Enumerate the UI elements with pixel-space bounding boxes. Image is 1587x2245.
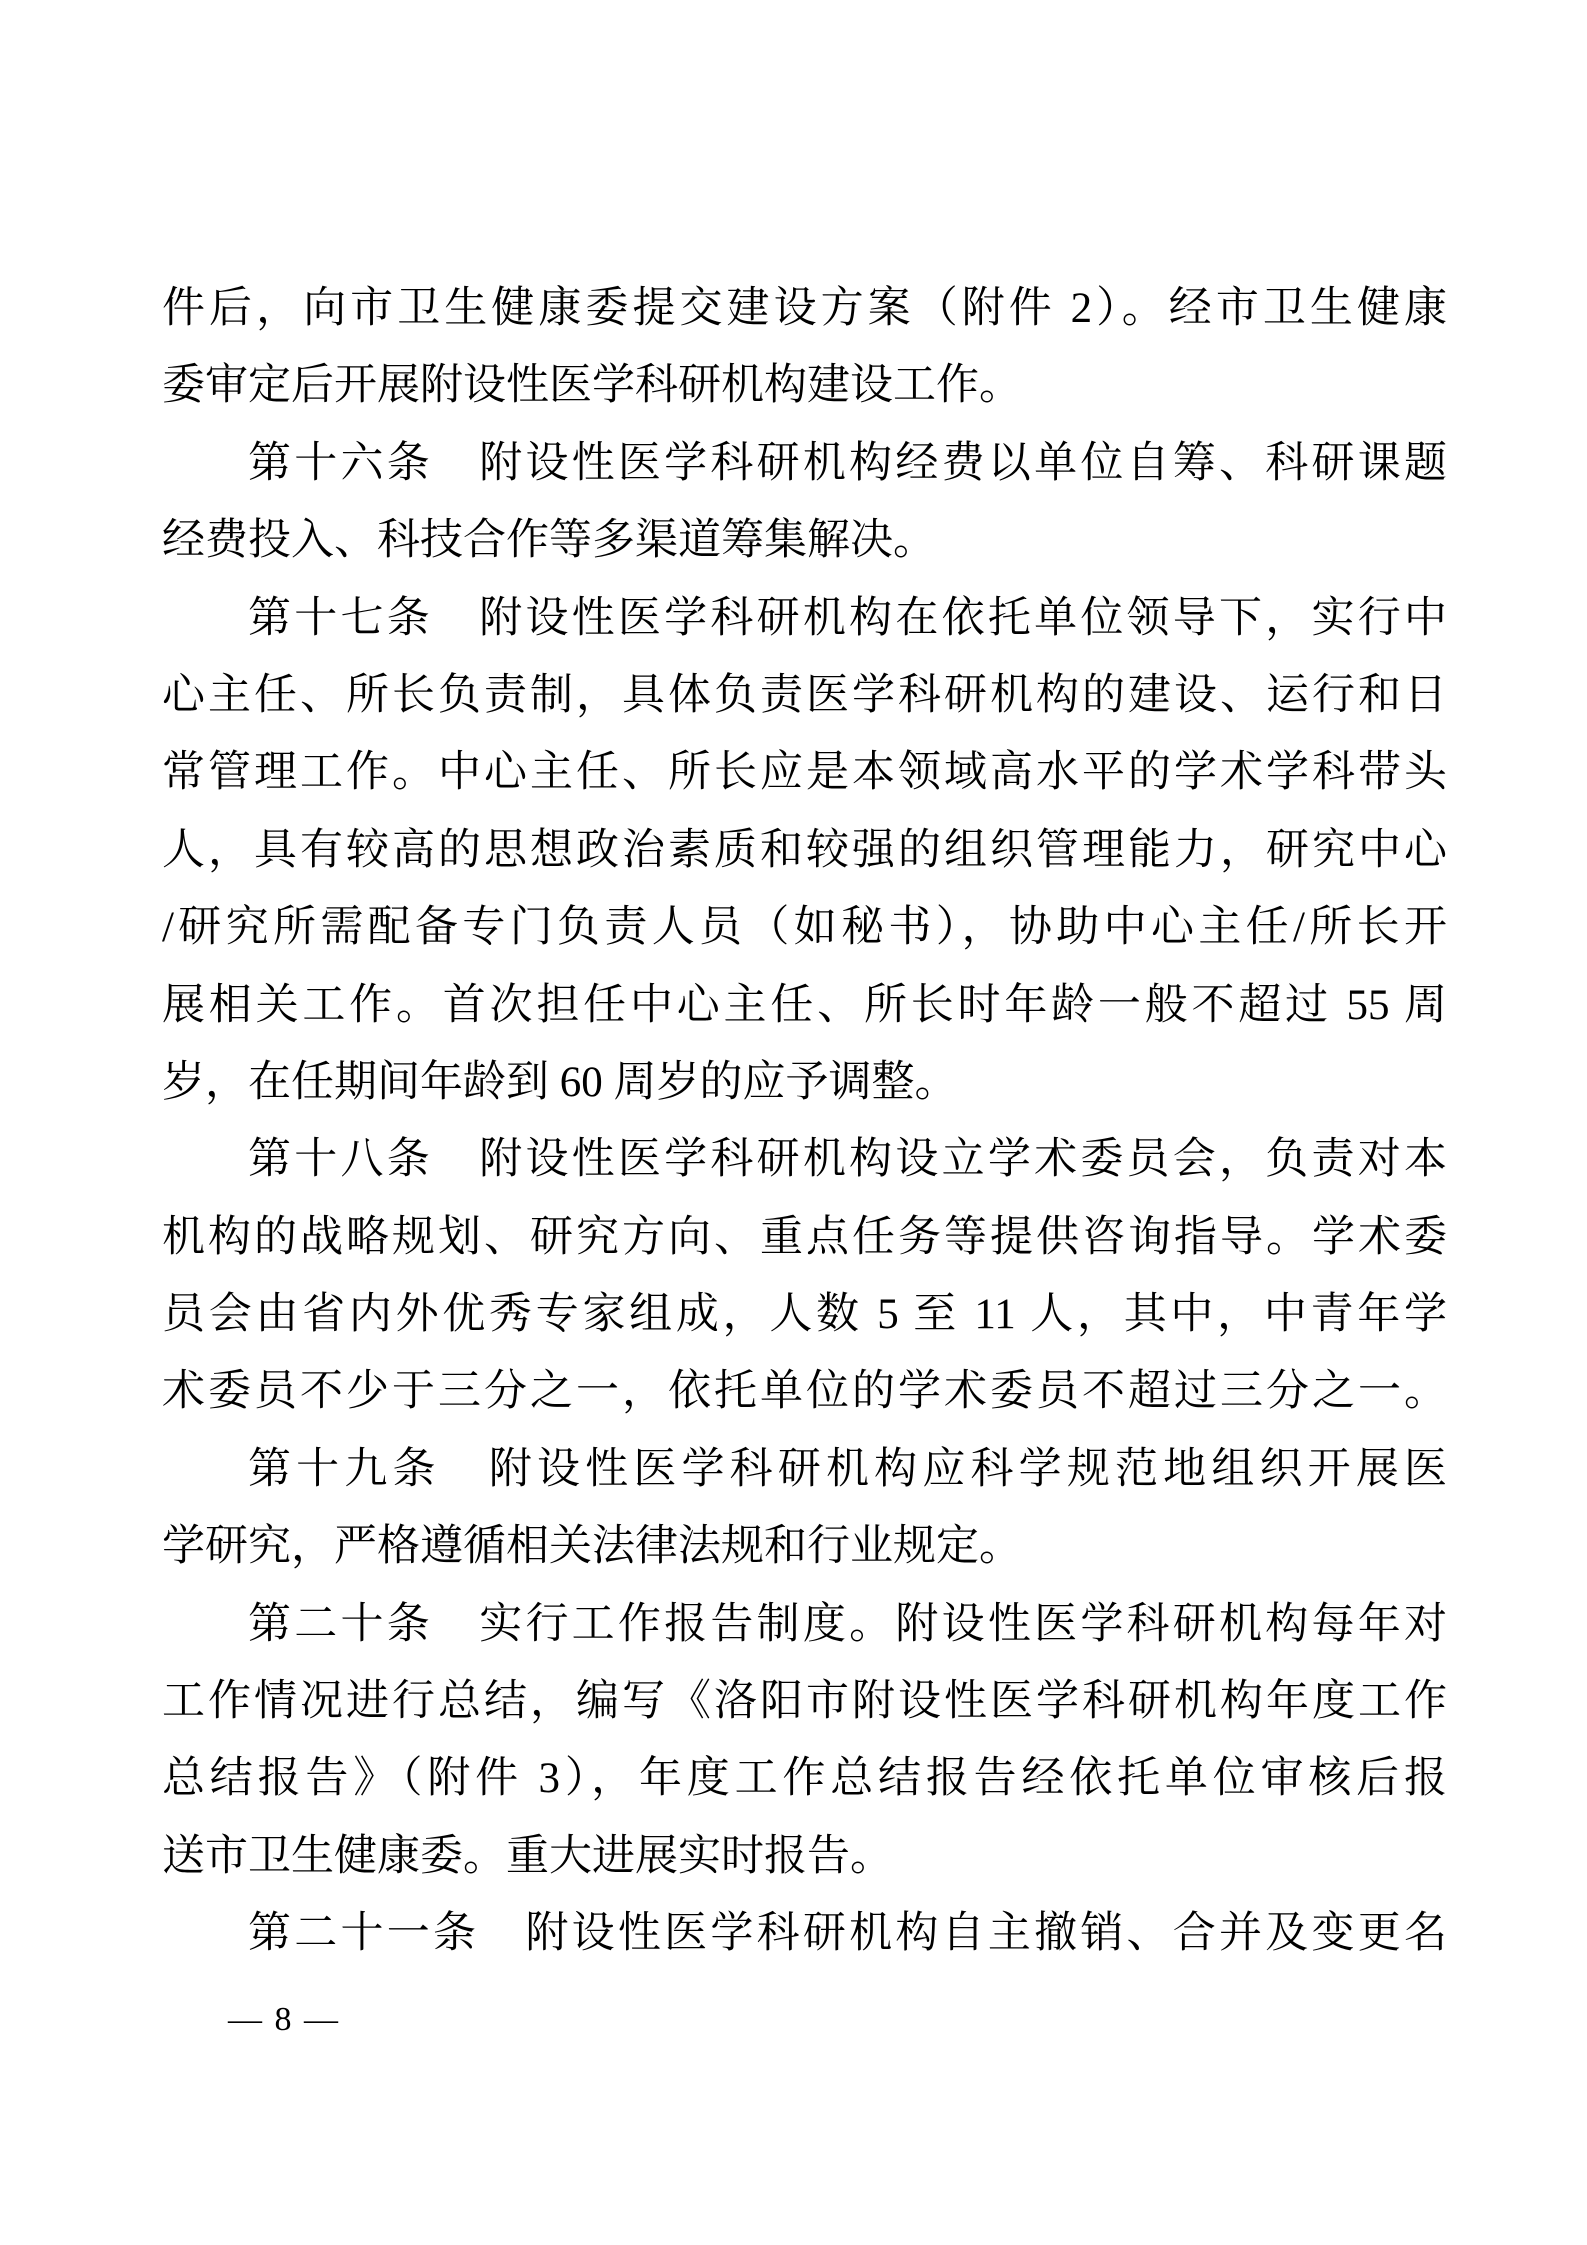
text-line: 员会由省内外优秀专家组成，人数 5 至 11 人，其中，中青年学	[162, 1276, 1447, 1353]
text-line: 常管理工作。中心主任、所长应是本领域高水平的学术学科带头	[162, 734, 1447, 811]
text-line: 第十九条 附设性医学科研机构应科学规范地组织开展医	[162, 1431, 1447, 1508]
text-line: 心主任、所长负责制，具体负责医学科研机构的建设、运行和日	[162, 657, 1447, 734]
text-line: 学研究，严格遵循相关法律法规和行业规定。	[162, 1508, 1447, 1585]
text-line: 第十八条 附设性医学科研机构设立学术委员会，负责对本	[162, 1121, 1447, 1198]
text-line: 第二十一条 附设性医学科研机构自主撤销、合并及变更名	[162, 1895, 1447, 1972]
text-line: 经费投入、科技合作等多渠道筹集解决。	[162, 502, 1447, 579]
text-line: 岁，在任期间年龄到 60 周岁的应予调整。	[162, 1044, 1447, 1121]
text-line: 第二十条 实行工作报告制度。附设性医学科研机构每年对	[162, 1586, 1447, 1663]
text-line: 人，具有较高的思想政治素质和较强的组织管理能力，研究中心	[162, 812, 1447, 889]
text-line: 总结报告》（附件 3），年度工作总结报告经依托单位审核后报	[162, 1740, 1447, 1817]
page-footer: — 8 —	[228, 2000, 340, 2040]
text-line: 第十六条 附设性医学科研机构经费以单位自筹、科研课题	[162, 425, 1447, 502]
text-line: 展相关工作。首次担任中心主任、所长时年龄一般不超过 55 周	[162, 967, 1447, 1044]
page-number: — 8 —	[228, 2001, 340, 2038]
text-line: 委审定后开展附设性医学科研机构建设工作。	[162, 347, 1447, 424]
document-page: 件后，向市卫生健康委提交建设方案（附件 2）。经市卫生健康委审定后开展附设性医学…	[0, 0, 1587, 2245]
text-line: 件后，向市卫生健康委提交建设方案（附件 2）。经市卫生健康	[162, 270, 1447, 347]
text-line: 术委员不少于三分之一，依托单位的学术委员不超过三分之一。	[162, 1353, 1447, 1430]
text-line: 送市卫生健康委。重大进展实时报告。	[162, 1818, 1447, 1895]
document-body: 件后，向市卫生健康委提交建设方案（附件 2）。经市卫生健康委审定后开展附设性医学…	[162, 270, 1447, 1973]
text-line: 工作情况进行总结，编写《洛阳市附设性医学科研机构年度工作	[162, 1663, 1447, 1740]
text-line: 机构的战略规划、研究方向、重点任务等提供咨询指导。学术委	[162, 1199, 1447, 1276]
text-line: /研究所需配备专门负责人员（如秘书），协助中心主任/所长开	[162, 889, 1447, 966]
text-line: 第十七条 附设性医学科研机构在依托单位领导下，实行中	[162, 580, 1447, 657]
